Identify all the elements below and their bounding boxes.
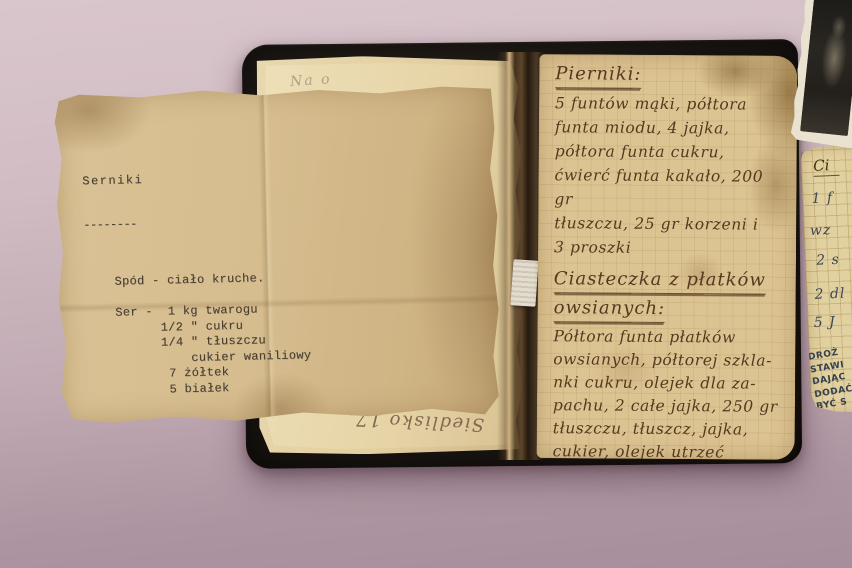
recipe-heading-pierniki: Pierniki: xyxy=(555,62,787,90)
right-page-content: Pierniki: 5 funtów mąki, półtora funta m… xyxy=(537,54,798,460)
typed-ingredient-list: Spód - ciało kruche. Ser - 1 kg twarogu … xyxy=(84,267,477,400)
photo-image xyxy=(800,0,852,136)
loose-typed-recipe-sheet: Serniki -------- Spód - ciało kruche. Se… xyxy=(52,82,502,426)
typed-recipe-text: Serniki -------- Spód - ciało kruche. Se… xyxy=(81,135,481,568)
card-capital-notes: DROŻ STAWI DAJĄC DODAĆ BYĆ S xyxy=(807,346,852,414)
bookmark-ribbon xyxy=(510,259,538,307)
card-heading: Ci xyxy=(813,156,840,177)
recipe-heading-ciasteczka-line1: Ciasteczka z płatków xyxy=(554,267,786,295)
photo-scrap xyxy=(790,0,852,149)
typed-recipe-title: Serniki xyxy=(82,166,473,190)
recipe-body-ciasteczka: Półtora funta płatków owsianych, półtore… xyxy=(552,325,785,460)
recipe-body-pierniki: 5 funtów mąki, półtora funta miodu, 4 ja… xyxy=(554,91,787,261)
recipe-heading-ciasteczka-line2: owsianych: xyxy=(554,296,786,324)
typed-title-underline: -------- xyxy=(83,209,474,233)
card-entry: 5 J xyxy=(813,314,836,331)
card-entry: 2 dl xyxy=(814,286,845,303)
card-entry: 1 f xyxy=(811,190,833,207)
card-entry: 2 s xyxy=(816,252,840,269)
recipe-notebook-photo-scene: Na o Siedlisko 17, Pierniki: 5 funtów mą… xyxy=(0,0,852,568)
notebook-right-page: Pierniki: 5 funtów mąki, półtora funta m… xyxy=(537,54,798,460)
card-entry: wz xyxy=(810,222,832,239)
grid-paper-card: Ci 1 f wz 2 s 2 dl 5 J DROŻ STAWI DAJĄC … xyxy=(800,145,852,415)
